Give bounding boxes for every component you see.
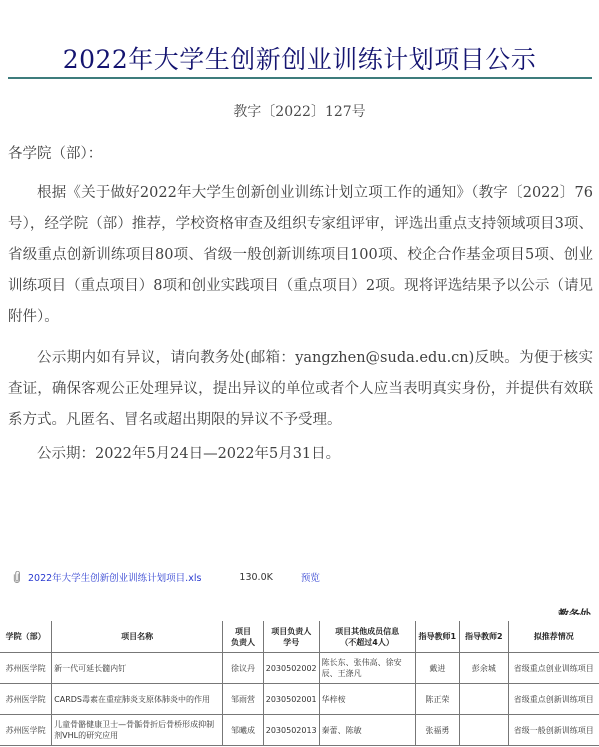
col-header-project: 项目名称 bbox=[52, 621, 223, 653]
paragraph-period: 公示期：2022年5月24日—2022年5月31日。 bbox=[8, 439, 593, 470]
cell-project: 新一代可延长髓内钉 bbox=[52, 653, 223, 684]
cell-student-id: 2030502001 bbox=[263, 684, 319, 715]
attachment-row: 2022年大学生创新创业训练计划项目.xls 130.0K 预览 bbox=[12, 570, 320, 584]
cell-members: 华梓桉 bbox=[319, 684, 415, 715]
cell-leader: 邹曦成 bbox=[223, 715, 264, 746]
paragraph-objections: 公示期内如有异议，请向教务处(邮箱：yangzhen@suda.edu.cn)反… bbox=[8, 343, 593, 436]
cell-college: 苏州医学院 bbox=[0, 684, 52, 715]
cell-project: 儿童骨骼健康卫士—骨骺骨折后骨桥形成抑制剂VHL的研究应用 bbox=[52, 715, 223, 746]
table-row: 苏州医学院 儿童骨骼健康卫士—骨骺骨折后骨桥形成抑制剂VHL的研究应用 邹曦成 … bbox=[0, 715, 599, 746]
cell-leader: 徐议丹 bbox=[223, 653, 264, 684]
table-row: 苏州医学院 新一代可延长髓内钉 徐议丹 2030502002 陈长东、张伟高、徐… bbox=[0, 653, 599, 684]
cell-recommendation: 省级一般创新训练项目 bbox=[508, 715, 599, 746]
attachment-preview-table: 学院（部） 项目名称 项目 负责人 项目负责人 学号 项目其他成员信息 （不超过… bbox=[0, 621, 599, 746]
col-header-student-id: 项目负责人 学号 bbox=[263, 621, 319, 653]
col-header-college: 学院（部） bbox=[0, 621, 52, 653]
cell-college: 苏州医学院 bbox=[0, 715, 52, 746]
col-header-members: 项目其他成员信息 （不超过4人） bbox=[319, 621, 415, 653]
cell-recommendation: 省级重点创新训练项目 bbox=[508, 684, 599, 715]
cell-student-id: 2030502002 bbox=[263, 653, 319, 684]
attachment-download-link[interactable]: 2022年大学生创新创业训练计划项目.xls bbox=[28, 570, 201, 584]
cell-members: 陈长东、张伟高、徐安辰、王涤凡 bbox=[319, 653, 415, 684]
cell-recommendation: 省级重点创业训练项目 bbox=[508, 653, 599, 684]
cell-advisor2 bbox=[460, 684, 508, 715]
cell-advisor1: 戴进 bbox=[415, 653, 460, 684]
paragraph-announcement: 根据《关于做好2022年大学生创新创业训练计划立项工作的通知》（教字〔2022〕… bbox=[8, 178, 593, 333]
attachment-preview-link[interactable]: 预览 bbox=[301, 570, 320, 584]
cell-members: 秦蕾、陈敏 bbox=[319, 715, 415, 746]
col-header-recommendation: 拟推荐情况 bbox=[508, 621, 599, 653]
preview-cutoff-heading: 教务处 bbox=[558, 606, 591, 615]
paperclip-icon bbox=[12, 571, 22, 583]
document-number: 教字〔2022〕127号 bbox=[0, 101, 599, 121]
cell-leader: 邹雨营 bbox=[223, 684, 264, 715]
col-header-advisor2: 指导教师2 bbox=[460, 621, 508, 653]
attachment-size: 130.0K bbox=[239, 572, 272, 583]
cell-project: CARDS毒素在重症肺炎支原体肺炎中的作用 bbox=[52, 684, 223, 715]
col-header-leader: 项目 负责人 bbox=[223, 621, 264, 653]
greeting: 各学院（部）： bbox=[8, 139, 593, 170]
cell-advisor2: 彭余城 bbox=[460, 653, 508, 684]
cell-advisor2 bbox=[460, 715, 508, 746]
cell-student-id: 2030502013 bbox=[263, 715, 319, 746]
table-header-row: 学院（部） 项目名称 项目 负责人 项目负责人 学号 项目其他成员信息 （不超过… bbox=[0, 621, 599, 653]
page-title: 2022年大学生创新创业训练计划项目公示 bbox=[0, 40, 599, 76]
cell-college: 苏州医学院 bbox=[0, 653, 52, 684]
cell-advisor1: 陈正荣 bbox=[415, 684, 460, 715]
col-header-advisor1: 指导教师1 bbox=[415, 621, 460, 653]
title-divider bbox=[8, 77, 592, 79]
cell-advisor1: 张福勇 bbox=[415, 715, 460, 746]
table-row: 苏州医学院 CARDS毒素在重症肺炎支原体肺炎中的作用 邹雨营 20305020… bbox=[0, 684, 599, 715]
